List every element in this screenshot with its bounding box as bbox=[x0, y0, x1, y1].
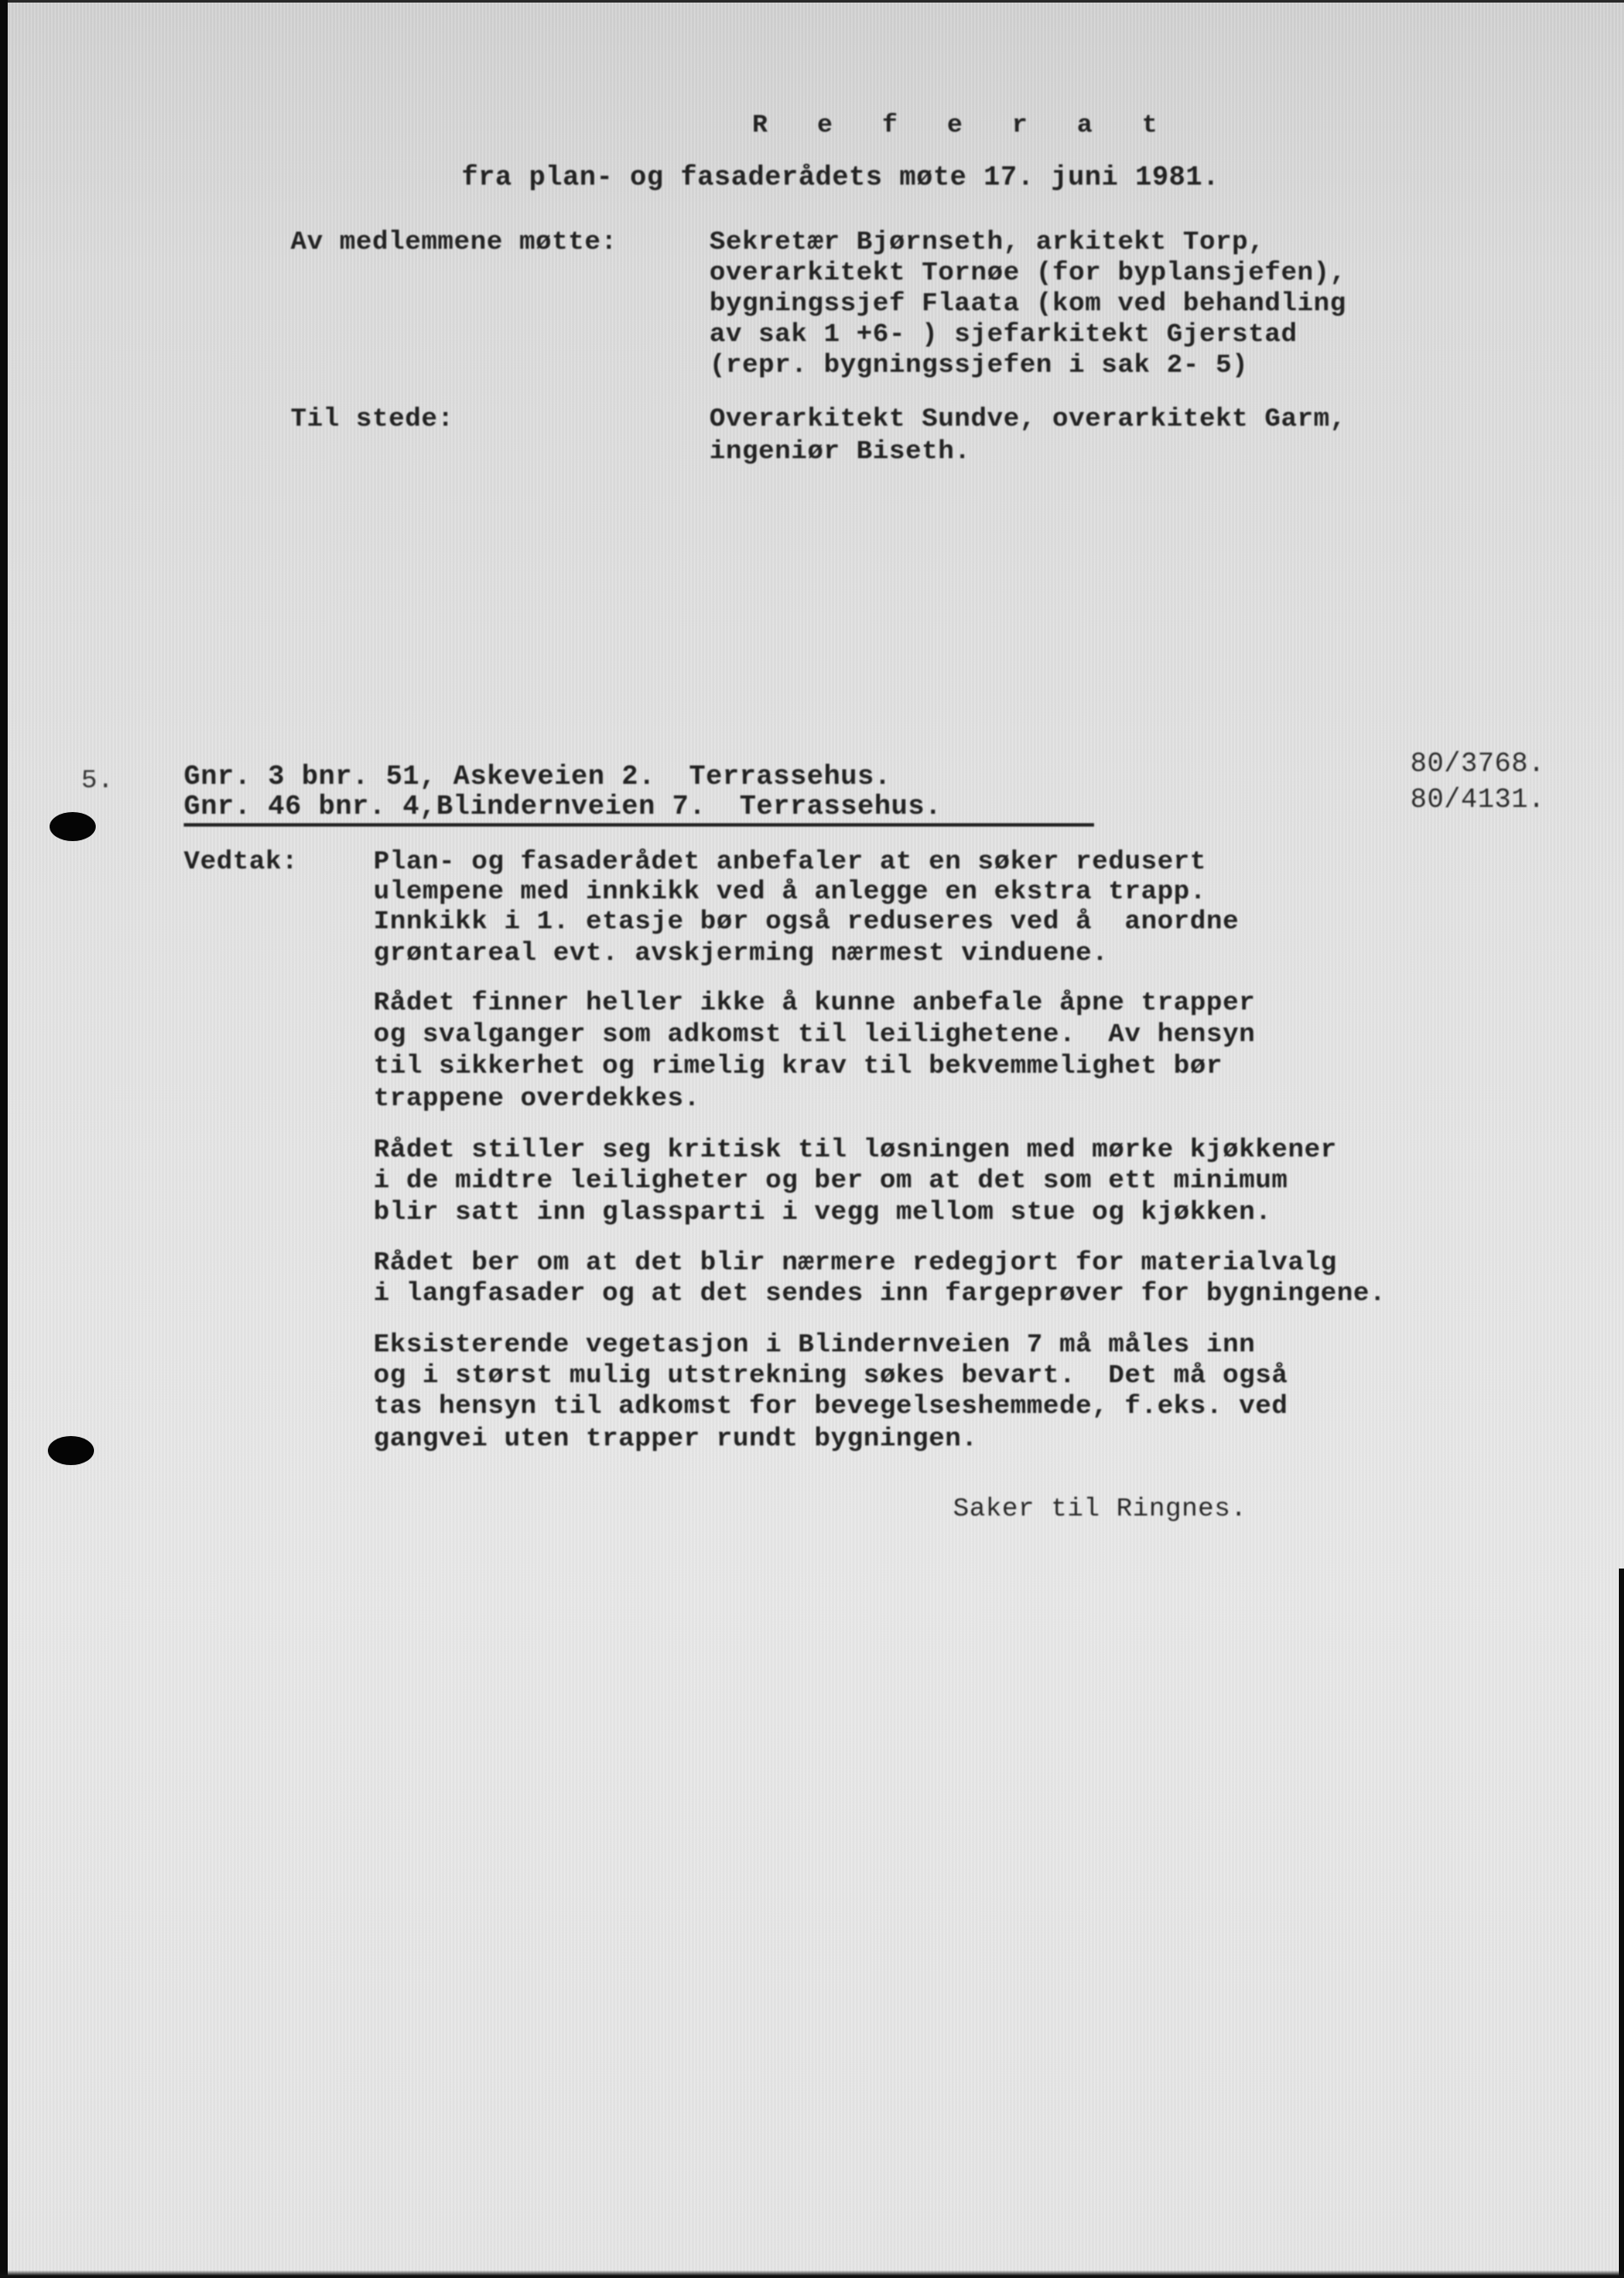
members-line: (repr. bygningssjefen i sak 2- 5) bbox=[709, 352, 1248, 379]
decision-text-line: Rådet finner heller ikke å kunne anbefal… bbox=[374, 990, 1256, 1016]
decision-text-line: til sikkerhet og rimelig krav til bekvem… bbox=[374, 1053, 1222, 1080]
case-heading-line: Gnr. 3 bnr. 51, Askeveien 2. Terrassehus… bbox=[184, 763, 891, 791]
members-line: Sekretær Bjørnseth, arkitekt Torp, bbox=[709, 229, 1265, 256]
decision-label: Vedtak: bbox=[184, 849, 298, 875]
decision-text-line: og svalganger som adkomst til leilighete… bbox=[374, 1021, 1256, 1048]
decision-text-line: Eksisterende vegetasjon i Blindernveien … bbox=[374, 1332, 1256, 1358]
case-reference: 80/4131. bbox=[1410, 786, 1545, 814]
members-line: av sak 1 +6- ) sjefarkitekt Gjerstad bbox=[709, 321, 1297, 348]
scan-edge-top bbox=[0, 0, 1624, 3]
decision-text-line: grøntareal evt. avskjerming nærmest vind… bbox=[374, 940, 1109, 967]
decision-text-line: i de midtre leiligheter og ber om at det… bbox=[374, 1168, 1288, 1194]
scan-edge-right bbox=[1619, 1569, 1624, 2278]
present-line: ingeniør Biseth. bbox=[709, 439, 971, 465]
document-subtitle: fra plan- og fasaderådets møte 17. juni … bbox=[462, 164, 1220, 191]
decision-text-line: Rådet ber om at det blir nærmere redegjo… bbox=[374, 1250, 1337, 1276]
signoff-text: Saker til Ringnes. bbox=[953, 1496, 1247, 1522]
decision-text-line: Rådet stiller seg kritisk til løsningen … bbox=[374, 1137, 1337, 1163]
decision-text-line: i langfasader og at det sendes inn farge… bbox=[374, 1280, 1386, 1307]
decision-text-line: Innkikk i 1. etasje bør også reduseres v… bbox=[374, 909, 1239, 935]
case-heading-line: Gnr. 46 bnr. 4,Blindernveien 7. Terrasse… bbox=[184, 793, 942, 821]
document-title: R e f e r a t bbox=[752, 113, 1174, 138]
punch-hole-icon bbox=[50, 812, 96, 841]
scan-edge-bottom bbox=[0, 2270, 1624, 2278]
members-line: bygningssjef Flaata (kom ved behandling bbox=[709, 291, 1346, 317]
case-heading-underline bbox=[184, 823, 1094, 827]
case-number: 5. bbox=[81, 768, 114, 794]
scan-edge-left bbox=[0, 0, 8, 2278]
decision-text-line: Plan- og fasaderådet anbefaler at en søk… bbox=[374, 849, 1206, 875]
decision-text-line: og i størst mulig utstrekning søkes beva… bbox=[374, 1363, 1288, 1389]
decision-text-line: gangvei uten trapper rundt bygningen. bbox=[374, 1426, 978, 1452]
members-label: Av medlemmene møtte: bbox=[291, 229, 617, 256]
decision-text-line: blir satt inn glassparti i vegg mellom s… bbox=[374, 1199, 1272, 1226]
members-line: overarkitekt Tornøe (for byplansjefen), bbox=[709, 260, 1346, 286]
decision-text-line: trappene overdekkes. bbox=[374, 1086, 700, 1112]
decision-text-line: ulempene med innkikk ved å anlegge en ek… bbox=[374, 879, 1206, 905]
case-reference: 80/3768. bbox=[1410, 751, 1545, 778]
present-line: Overarkitekt Sundve, overarkitekt Garm, bbox=[709, 406, 1346, 433]
punch-hole-icon bbox=[48, 1436, 94, 1465]
decision-text-line: tas hensyn til adkomst for bevegelseshem… bbox=[374, 1393, 1288, 1420]
present-label: Til stede: bbox=[291, 406, 454, 433]
